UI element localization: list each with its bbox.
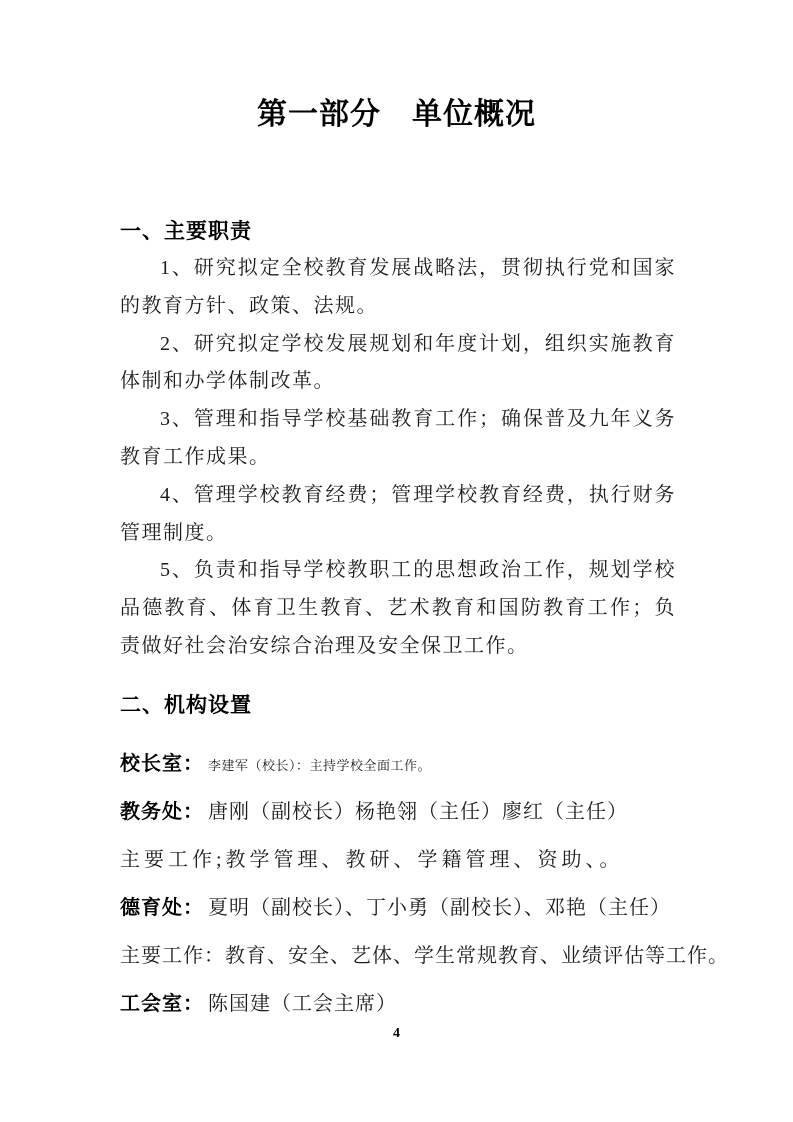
org-entry-text: 夏明（副校长）、丁小勇（副校长）、邓艳（主任） [208,897,671,919]
org-entry-label: 教务处： [120,801,204,823]
duty-paragraph: 5、负责和指导学校教职工的思想政治工作，规划学校品德教育、体育卫生教育、艺术教育… [120,552,676,665]
duties-paragraph-list: 1、研究拟定全校教育发展战略法，贯彻执行党和国家的教育方针、政策、法规。2、研究… [120,250,676,666]
duty-paragraph: 2、研究拟定学校发展规划和年度计划，组织实施教育体制和办学体制改革。 [120,326,676,402]
document-page: 第一部分 单位概况 一、主要职责 1、研究拟定全校教育发展战略法，贯彻执行党和国… [0,0,793,1122]
org-entry-row: 校长室：李建军（校长）：主持学校全面工作。 [120,740,730,788]
org-entry-text: 主要工作;教学管理、教研、学籍管理、资助、。 [120,849,624,871]
section-heading-duties: 一、主要职责 [120,220,252,244]
org-entry-label: 德育处： [120,897,204,919]
section-heading-org: 二、机构设置 [120,694,252,718]
duty-paragraph: 4、管理学校教育经费；管理学校教育经费，执行财务管理制度。 [120,477,676,553]
duty-paragraph: 3、管理和指导学校基础教育工作；确保普及九年义务教育工作成果。 [120,401,676,477]
org-entry-text: 李建军（校长）：主持学校全面工作。 [208,758,431,773]
org-entry-row: 工会室：陈国建（工会主席） [120,980,730,1028]
org-entry-label: 校长室： [120,753,204,775]
org-entry-text: 唐刚（副校长）杨艳翎（主任）廖红（主任） [208,801,628,823]
org-entry-label: 工会室： [120,993,204,1015]
org-entry-row: 主要工作：教育、安全、艺体、学生常规教育、业绩评估等工作。 [120,932,730,980]
org-entry-row: 德育处：夏明（副校长）、丁小勇（副校长）、邓艳（主任） [120,884,730,932]
duty-paragraph: 1、研究拟定全校教育发展战略法，贯彻执行党和国家的教育方针、政策、法规。 [120,250,676,326]
org-entry-text: 陈国建（工会主席） [208,993,397,1015]
page-number: 4 [0,1024,793,1044]
org-entry-list: 校长室：李建军（校长）：主持学校全面工作。教务处：唐刚（副校长）杨艳翎（主任）廖… [120,740,730,1028]
document-title: 第一部分 单位概况 [0,95,793,135]
org-entry-row: 主要工作;教学管理、教研、学籍管理、资助、。 [120,836,730,884]
org-entry-row: 教务处：唐刚（副校长）杨艳翎（主任）廖红（主任） [120,788,730,836]
org-entry-text: 主要工作：教育、安全、艺体、学生常规教育、业绩评估等工作。 [120,945,729,967]
